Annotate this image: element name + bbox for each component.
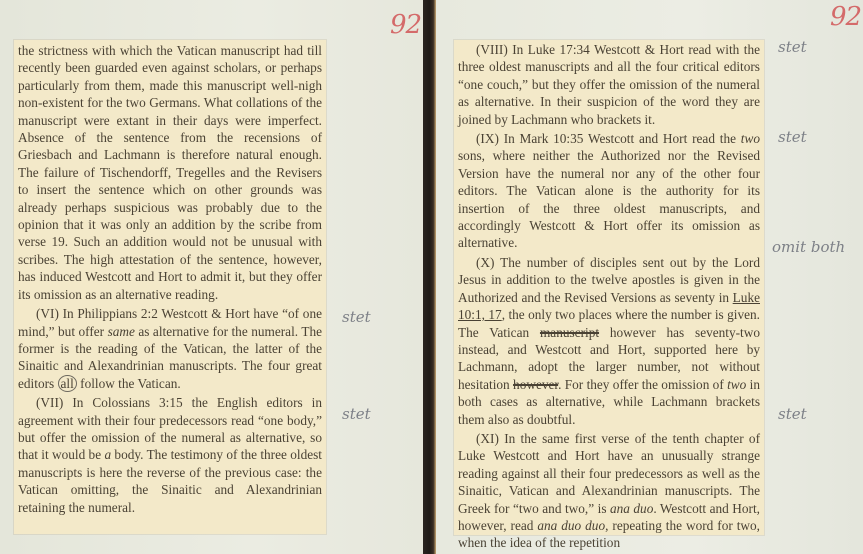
section-x: (X) The number of disciples sent out by … bbox=[458, 254, 760, 428]
section-ix: (IX) In Mark 10:35 Westcott and Hort rea… bbox=[458, 130, 760, 252]
section-vii: (VII) In Colossians 3:15 the English edi… bbox=[18, 394, 322, 516]
section-vi: (VI) In Philippians 2:2 Westcott & Hort … bbox=[18, 305, 322, 392]
margin-note-stet: stet bbox=[778, 405, 807, 423]
newspaper-clipping-left: the strictness with which the Vatican ma… bbox=[14, 40, 326, 534]
book-gutter bbox=[423, 0, 436, 554]
margin-note-stet: stet bbox=[342, 405, 371, 423]
page-number: 92 bbox=[830, 2, 861, 32]
continued-paragraph: the strictness with which the Vatican ma… bbox=[18, 42, 322, 303]
margin-note-stet: stet bbox=[778, 128, 807, 146]
newspaper-clipping-right: (VIII) In Luke 17:34 Westcott & Hort rea… bbox=[454, 40, 764, 535]
circled-word: all bbox=[58, 375, 77, 392]
margin-note-omit-both: omit both bbox=[772, 238, 845, 256]
struck-word: however bbox=[513, 377, 558, 392]
section-viii: (VIII) In Luke 17:34 Westcott & Hort rea… bbox=[458, 41, 760, 128]
page-number: 92 bbox=[390, 10, 421, 40]
right-page: 92 (VIII) In Luke 17:34 Westcott & Hort … bbox=[436, 0, 863, 554]
struck-word: manuscript bbox=[540, 325, 599, 340]
left-page: 92 the strictness with which the Vatican… bbox=[0, 0, 423, 554]
margin-note-stet: stet bbox=[342, 308, 371, 326]
margin-note-stet: stet bbox=[778, 38, 807, 56]
section-xi: (XI) In the same first verse of the tent… bbox=[458, 430, 760, 552]
